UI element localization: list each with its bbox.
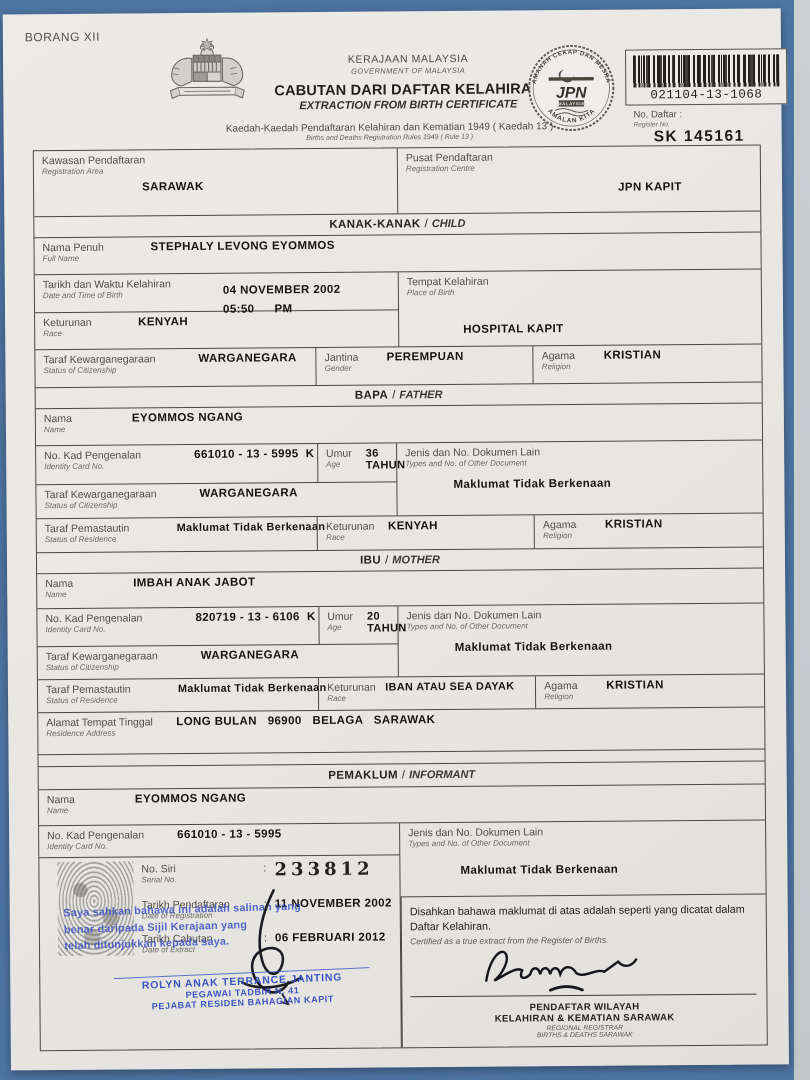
mother-race-value: IBAN ATAU SEA DAYAK — [385, 680, 514, 693]
government-title-en: GOVERNMENT OF MALAYSIA — [241, 65, 575, 77]
father-other-doc-value: Maklumat Tidak Berkenaan — [453, 476, 754, 490]
father-race-value: KENYAH — [388, 520, 438, 532]
mother-residence-cell: Taraf PemastautinStatus of Residence Mak… — [38, 678, 318, 712]
registrar-block: PENDAFTAR WILAYAH KELAHIRAN & KEMATIAN S… — [403, 1000, 767, 1040]
barcode: 021104-13-1068 — [625, 48, 787, 105]
seal-malaysia-text: MALAYSIA — [558, 101, 585, 106]
mother-name-value: IMBAH ANAK JABOT — [133, 576, 255, 589]
residence-address-cell: Alamat Tempat TinggalResidence Address L… — [38, 707, 764, 754]
father-name-row: NamaName EYOMMOS NGANG — [36, 404, 762, 447]
child-race-value: KENYAH — [138, 316, 188, 328]
father-citizenship-cell: Taraf KewarganegaraanStatus of Citizensh… — [36, 482, 396, 518]
father-race-cell: KeturunanRace KENYAH — [317, 515, 534, 550]
jpn-seal-icon: AMANAH CEKAP DAN MESRA AMALAN KITA JPN M… — [527, 44, 616, 133]
informant-lower-area: No. SiriSerial No. : 233812 Tarikh Penda… — [39, 855, 401, 1050]
informant-other-doc-cell: Jenis dan No. Dokumen Lain Types and No.… — [400, 820, 765, 897]
father-religion-value: KRISTIAN — [605, 518, 663, 530]
father-residence-row: Taraf PemastautinStatus of Residence Mak… — [37, 514, 763, 554]
informant-name-cell: NamaName EYOMMOS NGANG — [39, 784, 765, 825]
malaysia-coat-of-arms-icon — [161, 36, 254, 109]
rules-caption: Kaedah-Kaedah Pendaftaran Kelahiran dan … — [154, 121, 626, 144]
document-header: BORANG XII — [3, 8, 782, 150]
child-name-row: Nama PenuhFull Name STEPHALY LEVONG EYOM… — [34, 233, 760, 276]
mother-ic-cell: No. Kad PengenalanIdentity Card No. 8207… — [37, 607, 318, 646]
child-gender-cell: JantinaGender PEREMPUAN — [316, 346, 533, 385]
child-name-cell: Nama PenuhFull Name STEPHALY LEVONG EYOM… — [34, 233, 760, 275]
form-number: BORANG XII — [25, 30, 100, 45]
certification-statement-ms: Disahkan bahawa maklumat di atas adalah … — [410, 903, 758, 935]
informant-name-value: EYOMMOS NGANG — [135, 793, 246, 806]
mother-citizenship-value: WARGANEGARA — [201, 649, 299, 662]
father-religion-cell: AgamaReligion KRISTIAN — [534, 514, 763, 549]
barcode-number: 021104-13-1068 — [633, 87, 779, 102]
child-citizenship-value: WARGANEGARA — [198, 352, 296, 365]
birth-certificate-document: BORANG XII — [3, 8, 789, 1070]
informant-name-row: NamaName EYOMMOS NGANG — [39, 784, 765, 826]
child-citizenship-row: Taraf KewarganegaraanStatus of Citizensh… — [35, 345, 761, 389]
certificate-table: Kawasan Pendaftaran Registration Area SA… — [33, 145, 768, 1052]
father-id-block: No. Kad PengenalanIdentity Card No. 6610… — [36, 441, 763, 520]
mother-citizenship-cell: Taraf KewarganegaraanStatus of Citizensh… — [38, 644, 398, 679]
residence-address-row: Alamat Tempat TinggalResidence Address L… — [38, 707, 764, 755]
father-name-value: EYOMMOS NGANG — [132, 412, 243, 425]
certification-cell: Disahkan bahawa maklumat di atas adalah … — [401, 894, 767, 1047]
serial-no-value: 233812 — [274, 859, 373, 881]
informant-ic-value: 661010 - 13 - 5995 — [177, 828, 281, 841]
mother-religion-value: KRISTIAN — [606, 679, 664, 691]
registration-centre-cell: Pusat Pendaftaran Registration Centre JP… — [397, 146, 760, 214]
child-race-cell: KeturunanRace KENYAH — [35, 310, 398, 349]
father-residence-cell: Taraf PemastautinStatus of Residence Mak… — [37, 517, 317, 552]
informant-bottom-block: No. Kad PengenalanIdentity Card No. 6610… — [39, 820, 767, 1050]
registration-row: Kawasan Pendaftaran Registration Area SA… — [34, 146, 760, 218]
father-age-cell: Umur36 AgeTAHUN — [317, 443, 397, 482]
registration-centre-value: JPN KAPIT — [618, 180, 752, 193]
table-surface-strip — [794, 0, 810, 1080]
mother-residence-value: Maklumat Tidak Berkenaan — [178, 682, 327, 695]
birth-date-value: 04 NOVEMBER 2002 — [223, 284, 341, 297]
officer-stamp: ROLYN ANAK TERRANCE JANTING PEGAWAI TADB… — [92, 966, 393, 1014]
document-title-en: EXTRACTION FROM BIRTH CERTIFICATE — [241, 98, 575, 113]
mother-name-row: NamaName IMBAH ANAK JABOT — [37, 569, 763, 610]
serial-no-field: No. SiriSerial No. : 233812 — [141, 862, 373, 885]
birth-place-cell: Tempat Kelahiran Place of Birth HOSPITAL… — [398, 270, 762, 347]
child-gender-value: PEREMPUAN — [387, 351, 464, 364]
mother-race-cell: KeturunanRace IBAN ATAU SEA DAYAK — [318, 676, 535, 710]
birth-place-value: HOSPITAL KAPIT — [463, 321, 753, 335]
birth-date-cell: Tarikh dan Waktu KelahiranDate and Time … — [35, 272, 398, 312]
informant-other-doc-value: Maklumat Tidak Berkenaan — [460, 862, 757, 876]
father-ic-cell: No. Kad PengenalanIdentity Card No. 6610… — [36, 444, 317, 484]
mother-age-cell: Umur20 AgeTAHUN — [318, 606, 398, 644]
child-religion-cell: AgamaReligion KRISTIAN — [533, 345, 762, 384]
father-other-doc-cell: Jenis dan No. Dokumen Lain Types and No.… — [396, 441, 762, 516]
mother-ic-value: 820719 - 13 - 6106 K — [195, 611, 315, 624]
father-ic-value: 661010 - 13 - 5995 K — [194, 448, 314, 461]
registration-area-value: SARAWAK — [142, 179, 389, 193]
mother-name-cell: NamaName IMBAH ANAK JABOT — [37, 569, 763, 609]
residence-address-value: LONG BULAN 96900 BELAGA SARAWAK — [176, 714, 435, 728]
father-residence-value: Maklumat Tidak Berkenaan — [177, 521, 326, 534]
mother-other-doc-value: Maklumat Tidak Berkenaan — [455, 639, 756, 653]
seal-jpn-text: JPN — [556, 85, 587, 102]
child-name-value: STEPHALY LEVONG EYOMMOS — [150, 240, 334, 253]
register-no-label: No. Daftar : Register No. — [633, 110, 682, 129]
registration-area-cell: Kawasan Pendaftaran Registration Area SA… — [34, 148, 397, 216]
title-block: KERAJAAN MALAYSIA GOVERNMENT OF MALAYSIA… — [241, 52, 575, 113]
barcode-bars-icon — [633, 54, 779, 87]
mother-id-block: No. Kad PengenalanIdentity Card No. 8207… — [37, 604, 764, 681]
register-number: SK 145161 — [654, 128, 745, 147]
father-name-cell: NamaName EYOMMOS NGANG — [36, 404, 762, 446]
mother-other-doc-cell: Jenis dan No. Dokumen Lain Types and No.… — [397, 604, 763, 677]
mother-religion-cell: AgamaReligion KRISTIAN — [535, 674, 764, 708]
child-birth-block: Tarikh dan Waktu KelahiranDate and Time … — [35, 270, 762, 351]
document-title-ms: CABUTAN DARI DAFTAR KELAHIRAN — [241, 81, 575, 100]
informant-ic-cell: No. Kad PengenalanIdentity Card No. 6610… — [39, 823, 399, 858]
registrar-signature — [472, 939, 692, 999]
father-citizenship-value: WARGANEGARA — [199, 487, 297, 500]
child-citizenship-cell: Taraf KewarganegaraanStatus of Citizensh… — [35, 348, 316, 387]
child-religion-value: KRISTIAN — [604, 349, 662, 361]
